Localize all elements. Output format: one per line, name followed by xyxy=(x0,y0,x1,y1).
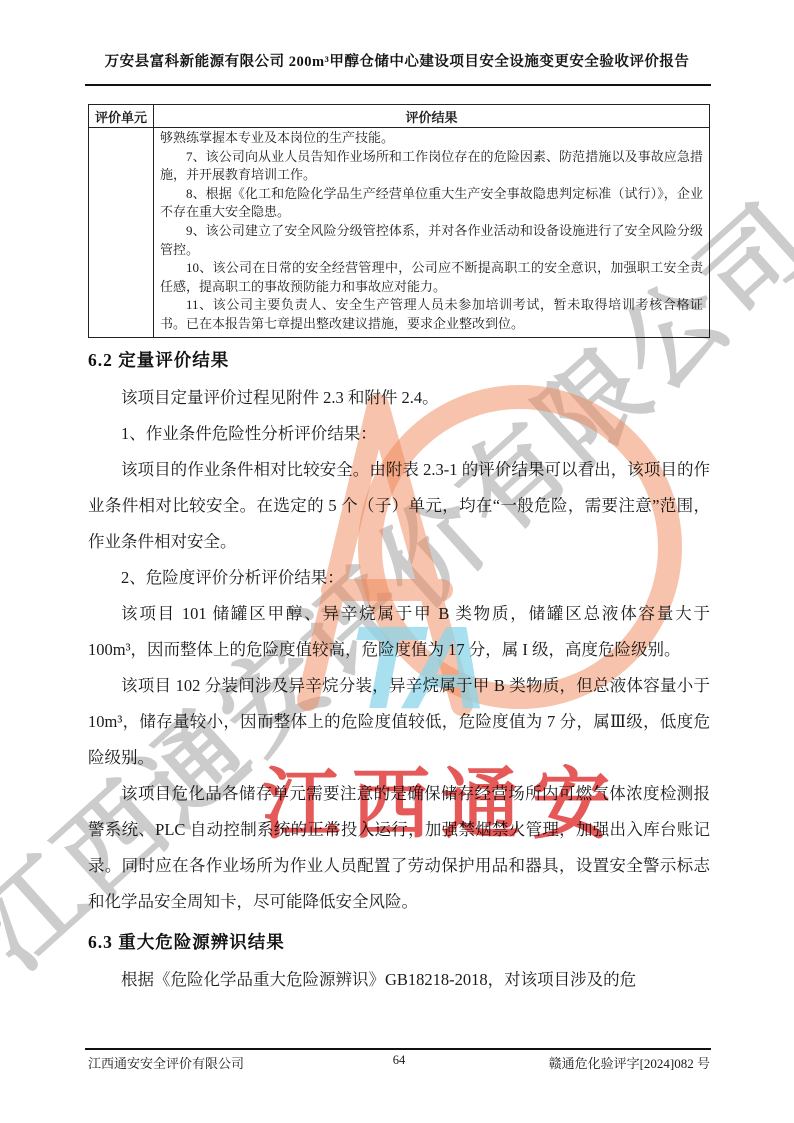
result-paragraph: 7、该公司向从业人员告知作业场所和工作岗位存在的危险因素、防范措施以及事故应急措… xyxy=(160,148,703,185)
result-paragraph: 9、该公司建立了安全风险分级管控体系，并对各作业活动和设备设施进行了安全风险分级… xyxy=(160,222,703,259)
body-paragraph: 该项目的作业条件相对比较安全。由附表 2.3-1 的评价结果可以看出，该项目的作… xyxy=(88,452,710,560)
footer: 江西通安安全评价有限公司 64 赣通危化验评字[2024]082 号 xyxy=(88,1053,710,1072)
unit-cell xyxy=(89,128,154,338)
result-paragraph: 够熟练掌握本专业及本岗位的生产技能。 xyxy=(160,129,703,148)
result-cell: 够熟练掌握本专业及本岗位的生产技能。 7、该公司向从业人员告知作业场所和工作岗位… xyxy=(154,128,710,338)
body-paragraph: 该项目定量评价过程见附件 2.3 和附件 2.4。 xyxy=(88,380,710,416)
footer-doc-number: 赣通危化验评字[2024]082 号 xyxy=(405,1053,710,1072)
table-body-row: 够熟练掌握本专业及本岗位的生产技能。 7、该公司向从业人员告知作业场所和工作岗位… xyxy=(89,128,710,338)
result-paragraph: 10、该公司在日常的安全经营管理中，公司应不断提高职工的安全意识，加强职工安全责… xyxy=(160,259,703,296)
evaluation-table: 评价单元 评价结果 够熟练掌握本专业及本岗位的生产技能。 7、该公司向从业人员告… xyxy=(88,104,710,338)
col-header-result: 评价结果 xyxy=(154,105,710,128)
body-paragraph: 该项目危化品各储存单元需要注意的是确保储存经营场所内可燃气体浓度检测报警系统、P… xyxy=(88,776,710,920)
body-paragraph: 根据《危险化学品重大危险源辨识》GB18218-2018，对该项目涉及的危 xyxy=(88,962,710,998)
table-header-row: 评价单元 评价结果 xyxy=(89,105,710,128)
body-paragraph: 该项目 102 分装间涉及异辛烷分装，异辛烷属于甲 B 类物质，但总液体容量小于… xyxy=(88,668,710,776)
header-divider xyxy=(85,84,711,86)
body-paragraph: 1、作业条件危险性分析评价结果： xyxy=(88,416,710,452)
section-heading-6-2: 6.2 定量评价结果 xyxy=(88,347,710,372)
footer-page-number: 64 xyxy=(393,1053,406,1068)
footer-company: 江西通安安全评价有限公司 xyxy=(88,1053,393,1072)
doc-header-title: 万安县富科新能源有限公司 200m³甲醇仓储中心建设项目安全设施变更安全验收评价… xyxy=(0,50,794,71)
body-paragraph: 该项目 101 储罐区甲醇、异辛烷属于甲 B 类物质，储罐区总液体容量大于 10… xyxy=(88,596,710,668)
result-paragraph: 8、根据《化工和危险化学品生产经营单位重大生产安全事故隐患判定标准（试行）》，企… xyxy=(160,185,703,222)
footer-divider xyxy=(85,1048,711,1050)
result-paragraph: 11、该公司主要负责人、安全生产管理人员未参加培训考试，暂未取得培训考核合格证书… xyxy=(160,296,703,333)
col-header-unit: 评价单元 xyxy=(89,105,154,128)
body-paragraph: 2、危险度评价分析评价结果： xyxy=(88,560,710,596)
page-content: 评价单元 评价结果 够熟练掌握本专业及本岗位的生产技能。 7、该公司向从业人员告… xyxy=(88,104,710,998)
report-page: 万安县富科新能源有限公司 200m³甲醇仓储中心建设项目安全设施变更安全验收评价… xyxy=(0,0,794,1123)
section-heading-6-3: 6.3 重大危险源辨识结果 xyxy=(88,929,710,954)
